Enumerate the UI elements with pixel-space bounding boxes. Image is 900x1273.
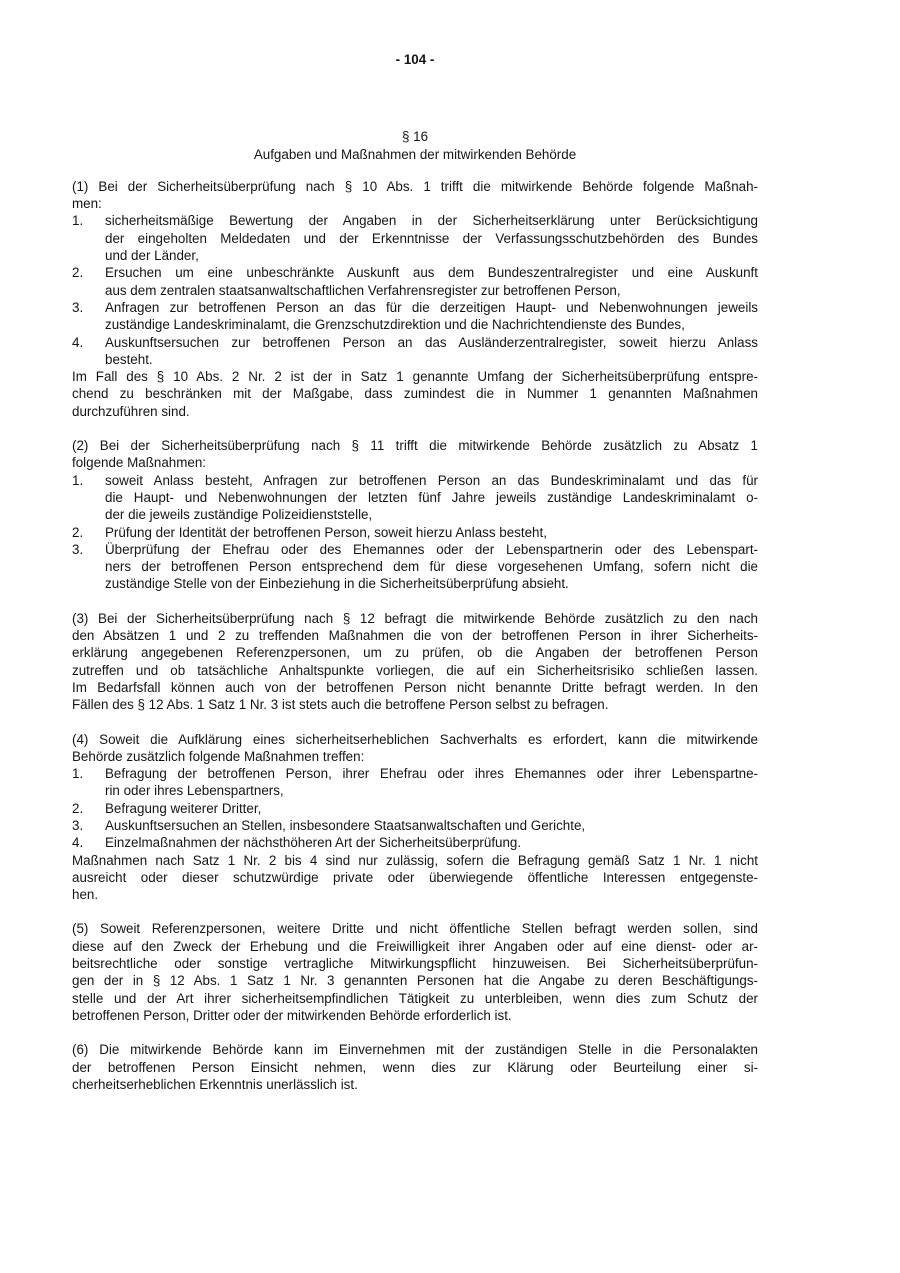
list-item-text: Einzelmaßnahmen der nächsthöheren Art de… [105, 834, 758, 851]
list-item: 4.Auskunftsersuchen zur betroffenen Pers… [72, 334, 758, 369]
text-line: cherheitserheblichen Erkenntnis unerläss… [72, 1076, 758, 1093]
text-line: (3) Bei der Sicherheitsüberprüfung nach … [72, 610, 758, 627]
text-line: Im Bedarfsfall können auch von der betro… [72, 679, 758, 696]
paragraph-text: (6) Die mitwirkende Behörde kann im Einv… [72, 1041, 758, 1093]
list-item-text: Überprüfung der Ehefrau oder des Ehemann… [105, 541, 758, 593]
paragraph-group: (3) Bei der Sicherheitsüberprüfung nach … [72, 610, 758, 714]
paragraph-text: (5) Soweit Referenzpersonen, weitere Dri… [72, 920, 758, 1024]
list-item-number: 3. [72, 299, 105, 334]
text-column: - 104 - § 16 Aufgaben und Maßnahmen der … [72, 0, 758, 1093]
paragraph-group: (5) Soweit Referenzpersonen, weitere Dri… [72, 920, 758, 1024]
list-item: 1.soweit Anlass besteht, Anfragen zur be… [72, 472, 758, 524]
list-item: 2.Prüfung der Identität der betroffenen … [72, 524, 758, 541]
text-line: (5) Soweit Referenzpersonen, weitere Dri… [72, 920, 758, 937]
section-number: § 16 [72, 128, 758, 145]
paragraph-group: (1) Bei der Sicherheitsüberprüfung nach … [72, 178, 758, 420]
text-line: den Absätzen 1 und 2 zu treffenden Maßna… [72, 627, 758, 644]
section-title: Aufgaben und Maßnahmen der mitwirkenden … [72, 146, 758, 163]
text-line: Prüfung der Identität der betroffenen Pe… [105, 524, 758, 541]
list-item: 3.Anfragen zur betroffenen Person an das… [72, 299, 758, 334]
list-item-number: 1. [72, 212, 105, 264]
list-item-text: Befragung weiterer Dritter, [105, 800, 758, 817]
paragraph-group: (2) Bei der Sicherheitsüberprüfung nach … [72, 437, 758, 593]
text-line: der betroffenen Person Einsicht nehmen, … [72, 1059, 758, 1076]
paragraph-text: (1) Bei der Sicherheitsüberprüfung nach … [72, 178, 758, 213]
text-line: (4) Soweit die Aufklärung eines sicherhe… [72, 731, 758, 748]
list-item-text: Anfragen zur betroffenen Person an das f… [105, 299, 758, 334]
document-body: (1) Bei der Sicherheitsüberprüfung nach … [72, 178, 758, 1093]
list-item-number: 2. [72, 264, 105, 299]
paragraph-text: (4) Soweit die Aufklärung eines sicherhe… [72, 731, 758, 766]
text-line: der eingeholten Meldedaten und der Erken… [105, 230, 758, 247]
list-item-number: 2. [72, 800, 105, 817]
text-line: chend zu beschränken mit der Maßgabe, da… [72, 385, 758, 402]
text-line: zuständige Stelle von der Einbeziehung i… [105, 575, 758, 592]
list-item-number: 1. [72, 472, 105, 524]
list-item-text: soweit Anlass besteht, Anfragen zur betr… [105, 472, 758, 524]
text-line: Überprüfung der Ehefrau oder des Ehemann… [105, 541, 758, 558]
text-line: (2) Bei der Sicherheitsüberprüfung nach … [72, 437, 758, 454]
text-line: gen der in § 12 Abs. 1 Satz 1 Nr. 3 gena… [72, 972, 758, 989]
paragraph-text: (2) Bei der Sicherheitsüberprüfung nach … [72, 437, 758, 472]
paragraph-text: Maßnahmen nach Satz 1 Nr. 2 bis 4 sind n… [72, 852, 758, 904]
list-item: 2.Ersuchen um eine unbeschränkte Auskunf… [72, 264, 758, 299]
list-item-number: 1. [72, 765, 105, 800]
list-item-text: Ersuchen um eine unbeschränkte Auskunft … [105, 264, 758, 299]
list-item-number: 2. [72, 524, 105, 541]
list-item: 3.Auskunftsersuchen an Stellen, insbeson… [72, 817, 758, 834]
text-line: zuständige Landeskriminalamt, die Grenzs… [105, 316, 758, 333]
text-line: folgende Maßnahmen: [72, 454, 758, 471]
list-item: 4.Einzelmaßnahmen der nächsthöheren Art … [72, 834, 758, 851]
section-heading: § 16 Aufgaben und Maßnahmen der mitwirke… [72, 128, 758, 163]
text-line: Ersuchen um eine unbeschränkte Auskunft … [105, 264, 758, 281]
text-line: rin oder ihres Lebenspartners, [105, 782, 758, 799]
text-line: Befragung der betroffenen Person, ihrer … [105, 765, 758, 782]
paragraph-text: (3) Bei der Sicherheitsüberprüfung nach … [72, 610, 758, 714]
paragraph-group: (4) Soweit die Aufklärung eines sicherhe… [72, 731, 758, 904]
text-line: der die jeweils zuständige Polizeidienst… [105, 506, 758, 523]
list-item-number: 4. [72, 834, 105, 851]
text-line: diese auf den Zweck der Erhebung und die… [72, 938, 758, 955]
list-item-number: 3. [72, 817, 105, 834]
paragraph-group: (6) Die mitwirkende Behörde kann im Einv… [72, 1041, 758, 1093]
text-line: men: [72, 195, 758, 212]
list-item: 1.sicherheitsmäßige Bewertung der Angabe… [72, 212, 758, 264]
text-line: sicherheitsmäßige Bewertung der Angaben … [105, 212, 758, 229]
list-item-text: Auskunftsersuchen an Stellen, insbesonde… [105, 817, 758, 834]
text-line: ausreicht oder dieser schutzwürdige priv… [72, 869, 758, 886]
text-line: erklärung angegebenen Referenzpersonen, … [72, 644, 758, 661]
text-line: Anfragen zur betroffenen Person an das f… [105, 299, 758, 316]
text-line: und der Länder, [105, 247, 758, 264]
text-line: Einzelmaßnahmen der nächsthöheren Art de… [105, 834, 758, 851]
text-line: soweit Anlass besteht, Anfragen zur betr… [105, 472, 758, 489]
list-item: 2.Befragung weiterer Dritter, [72, 800, 758, 817]
paragraph-text: Im Fall des § 10 Abs. 2 Nr. 2 ist der in… [72, 368, 758, 420]
list-item-text: Prüfung der Identität der betroffenen Pe… [105, 524, 758, 541]
list-item-number: 4. [72, 334, 105, 369]
list-item-number: 3. [72, 541, 105, 593]
list-item-text: Auskunftsersuchen zur betroffenen Person… [105, 334, 758, 369]
text-line: Befragung weiterer Dritter, [105, 800, 758, 817]
text-line: beitsrechtliche oder sonstige vertraglic… [72, 955, 758, 972]
text-line: aus dem zentralen staatsanwaltschaftlich… [105, 282, 758, 299]
text-line: Im Fall des § 10 Abs. 2 Nr. 2 ist der in… [72, 368, 758, 385]
list-item: 3.Überprüfung der Ehefrau oder des Ehema… [72, 541, 758, 593]
text-line: (6) Die mitwirkende Behörde kann im Einv… [72, 1041, 758, 1058]
text-line: besteht. [105, 351, 758, 368]
text-line: (1) Bei der Sicherheitsüberprüfung nach … [72, 178, 758, 195]
text-line: Maßnahmen nach Satz 1 Nr. 2 bis 4 sind n… [72, 852, 758, 869]
text-line: hen. [72, 886, 758, 903]
text-line: Fällen des § 12 Abs. 1 Satz 1 Nr. 3 ist … [72, 696, 758, 713]
list-item-text: sicherheitsmäßige Bewertung der Angaben … [105, 212, 758, 264]
text-line: Behörde zusätzlich folgende Maßnahmen tr… [72, 748, 758, 765]
text-line: betroffenen Person, Dritter oder der mit… [72, 1007, 758, 1024]
text-line: zutreffen und ob tatsächliche Anhaltspun… [72, 662, 758, 679]
document-page: - 104 - § 16 Aufgaben und Maßnahmen der … [0, 0, 900, 1273]
page-number: - 104 - [72, 51, 758, 68]
text-line: stelle und der Art ihrer sicherheitsempf… [72, 990, 758, 1007]
list-item-text: Befragung der betroffenen Person, ihrer … [105, 765, 758, 800]
text-line: ners der betroffenen Person entsprechend… [105, 558, 758, 575]
text-line: durchzuführen sind. [72, 403, 758, 420]
text-line: die Haupt- und Nebenwohnungen der letzte… [105, 489, 758, 506]
text-line: Auskunftsersuchen zur betroffenen Person… [105, 334, 758, 351]
list-item: 1.Befragung der betroffenen Person, ihre… [72, 765, 758, 800]
text-line: Auskunftsersuchen an Stellen, insbesonde… [105, 817, 758, 834]
